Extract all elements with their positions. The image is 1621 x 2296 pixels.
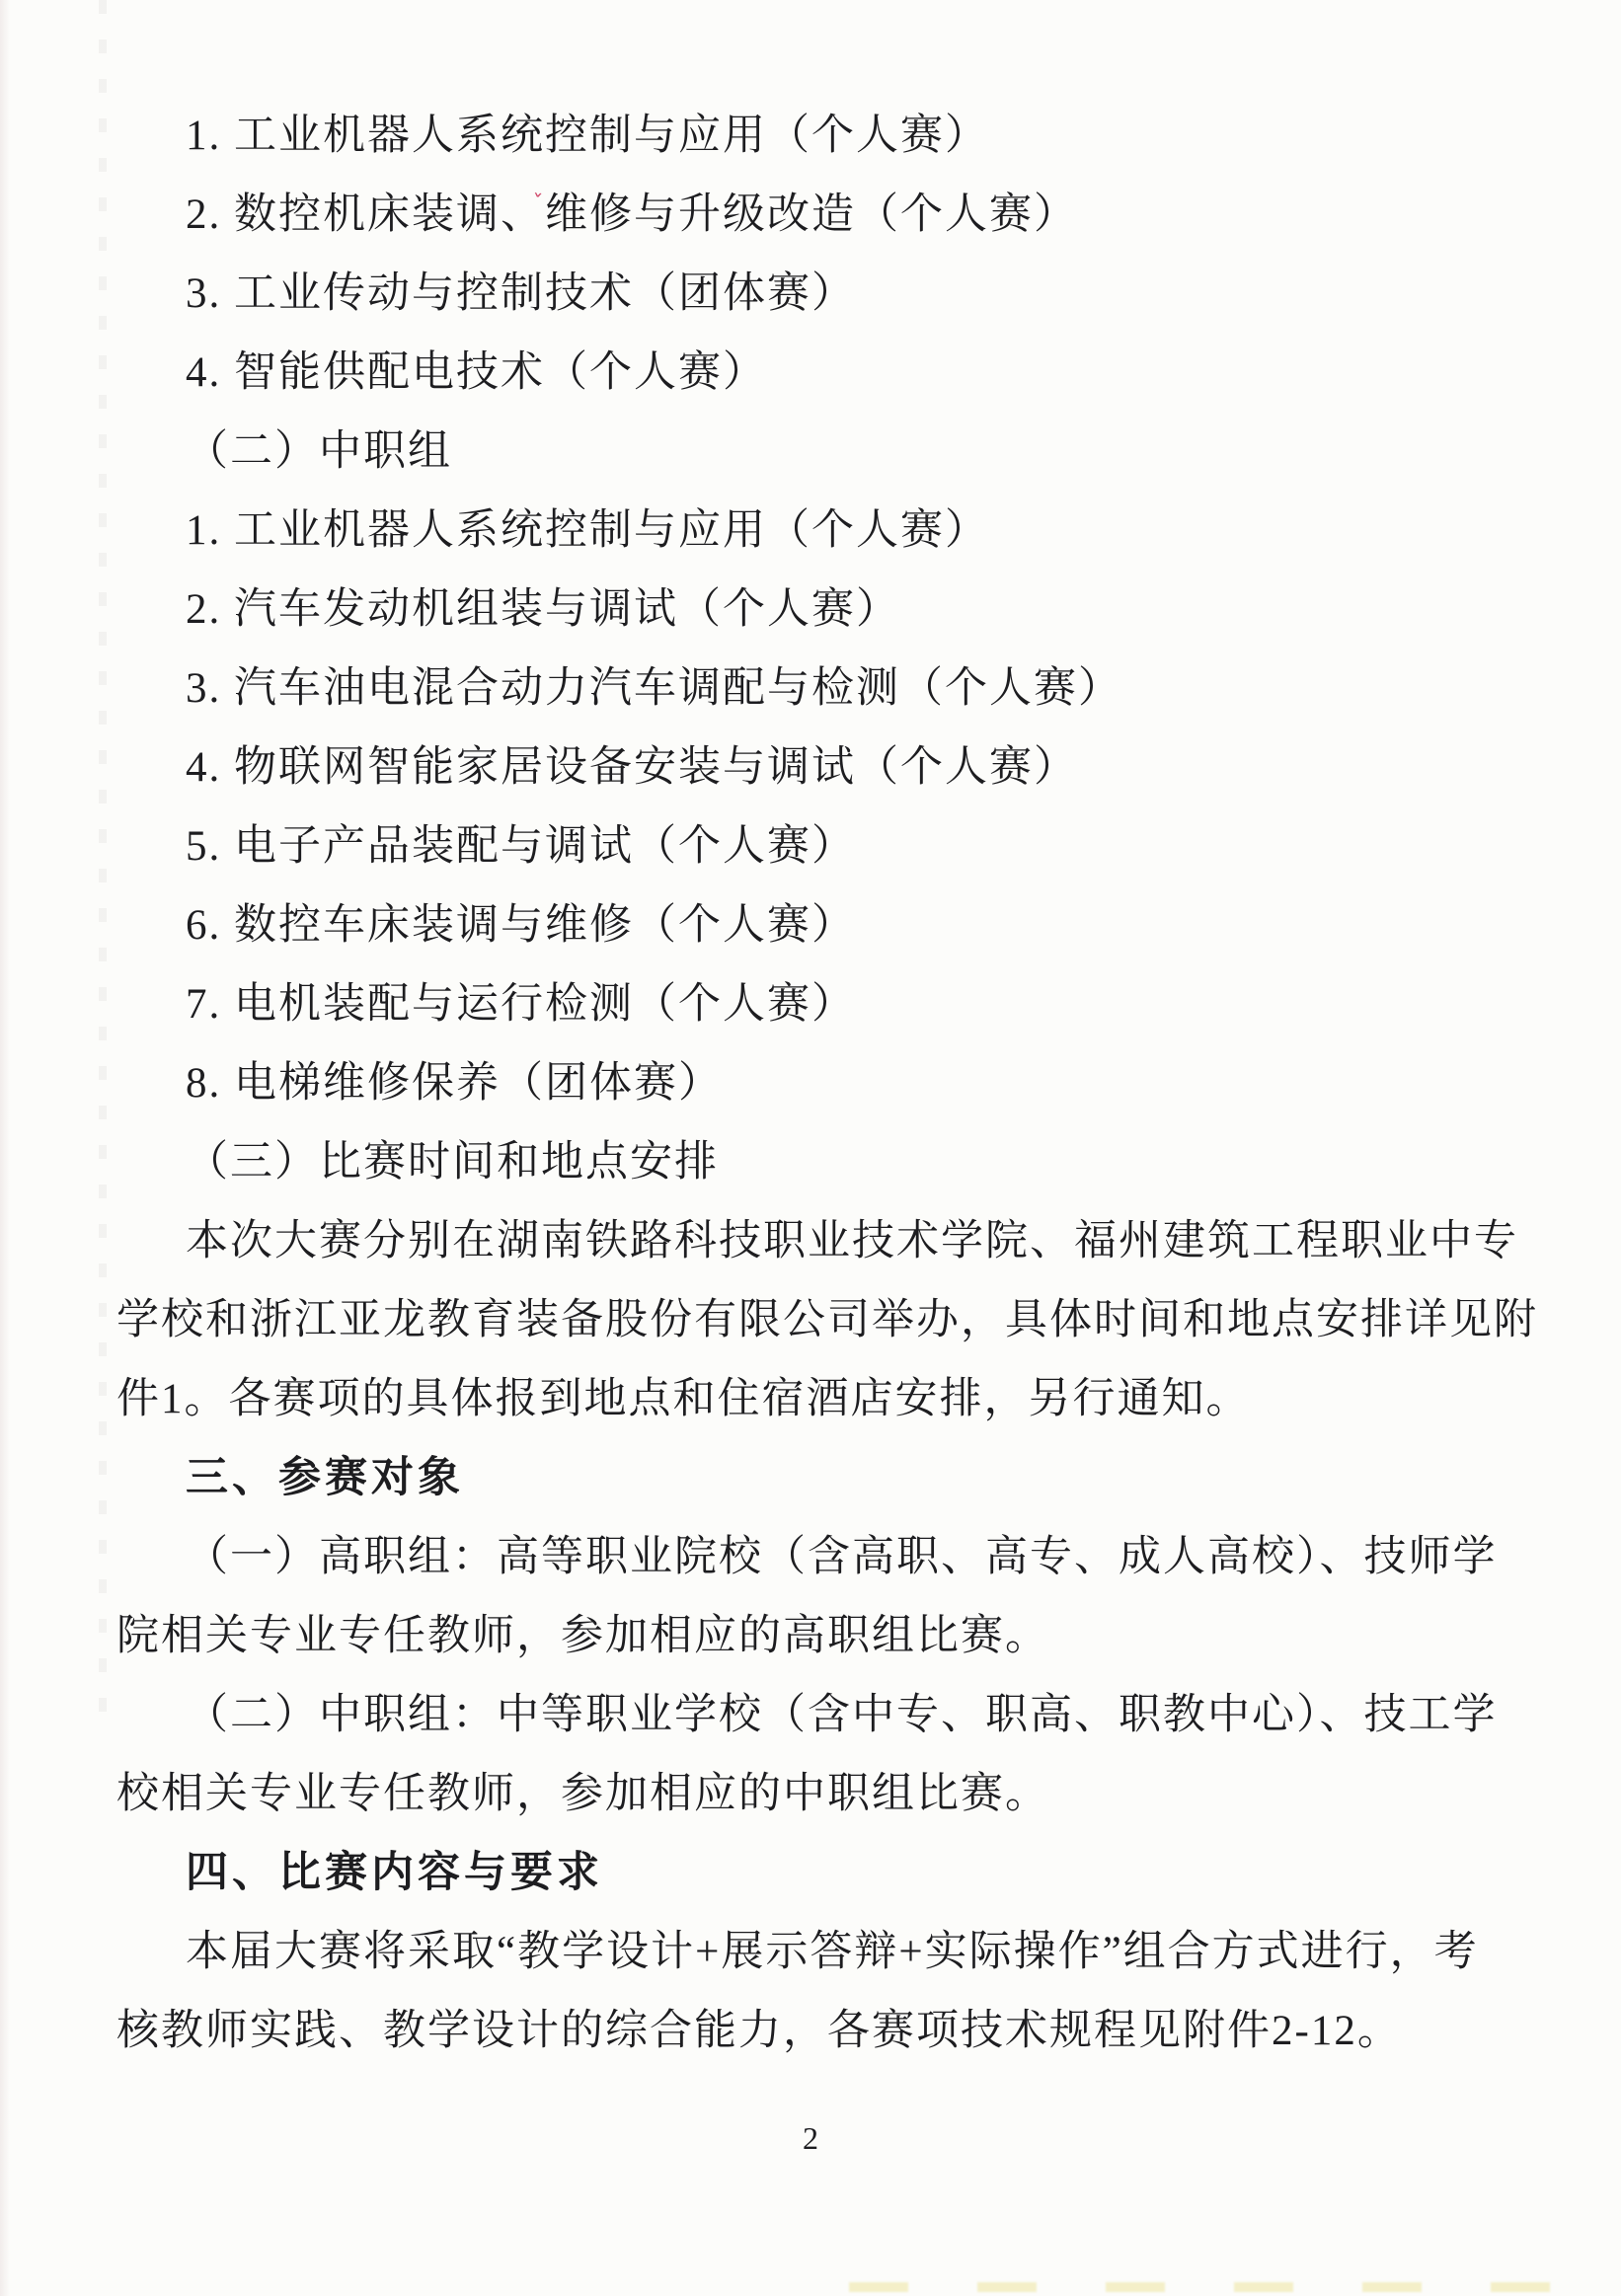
text-line: 本届大赛将采取“教学设计+展示答辩+实际操作”组合方式进行，考 — [116, 1913, 1510, 1992]
text-line: 2. 汽车发动机组装与调试（个人赛） — [116, 571, 1510, 650]
text-line: 核教师实践、教学设计的综合能力，各赛项技术规程见附件2-12。 — [116, 1992, 1510, 2071]
text-line: 院相关专业专任教师，参加相应的高职组比赛。 — [116, 1597, 1510, 1676]
text-line: 4. 物联网智能家居设备安装与调试（个人赛） — [116, 728, 1510, 807]
scan-edge-artifact — [0, 0, 10, 2296]
document-body: 1. 工业机器人系统控制与应用（个人赛）2. 数控机床装调、维修与升级改造（个人… — [116, 97, 1510, 2071]
text-line: 4. 智能供配电技术（个人赛） — [116, 334, 1510, 413]
page-number: 2 — [0, 2118, 1621, 2158]
text-line: （三）比赛时间和地点安排 — [116, 1123, 1510, 1202]
text-line: 3. 工业传动与控制技术（团体赛） — [116, 255, 1510, 334]
text-line: 7. 电机装配与运行检测（个人赛） — [116, 965, 1510, 1044]
text-line: （二）中职组：中等职业学校（含中专、职高、职教中心）、技工学 — [116, 1676, 1510, 1755]
text-line: （二）中职组 — [116, 413, 1510, 492]
text-line: 1. 工业机器人系统控制与应用（个人赛） — [116, 97, 1510, 176]
section-heading-line: 四、比赛内容与要求 — [116, 1834, 1510, 1913]
text-line: 5. 电子产品装配与调试（个人赛） — [116, 807, 1510, 886]
scanned-document-page: 1. 工业机器人系统控制与应用（个人赛）2. 数控机床装调、维修与升级改造（个人… — [0, 0, 1621, 2296]
scan-streak-artifact — [99, 0, 107, 1727]
text-line: 3. 汽车油电混合动力汽车调配与检测（个人赛） — [116, 650, 1510, 728]
text-line: 1. 工业机器人系统控制与应用（个人赛） — [116, 492, 1510, 571]
text-line: （一）高职组：高等职业院校（含高职、高专、成人高校）、技师学 — [116, 1518, 1510, 1597]
text-line: 本次大赛分别在湖南铁路科技职业技术学院、福州建筑工程职业中专 — [116, 1202, 1510, 1281]
text-line: 学校和浙江亚龙教育装备股份有限公司举办，具体时间和地点安排详见附 — [116, 1281, 1510, 1360]
scan-smudge-artifact — [849, 2282, 1599, 2292]
text-line: 2. 数控机床装调、维修与升级改造（个人赛） — [116, 176, 1510, 255]
text-line: 8. 电梯维修保养（团体赛） — [116, 1044, 1510, 1123]
text-line: 校相关专业专任教师，参加相应的中职组比赛。 — [116, 1755, 1510, 1834]
text-line: 6. 数控车床装调与维修（个人赛） — [116, 886, 1510, 965]
text-line: 件1。各赛项的具体报到地点和住宿酒店安排，另行通知。 — [116, 1360, 1510, 1439]
section-heading-line: 三、参赛对象 — [116, 1439, 1510, 1518]
